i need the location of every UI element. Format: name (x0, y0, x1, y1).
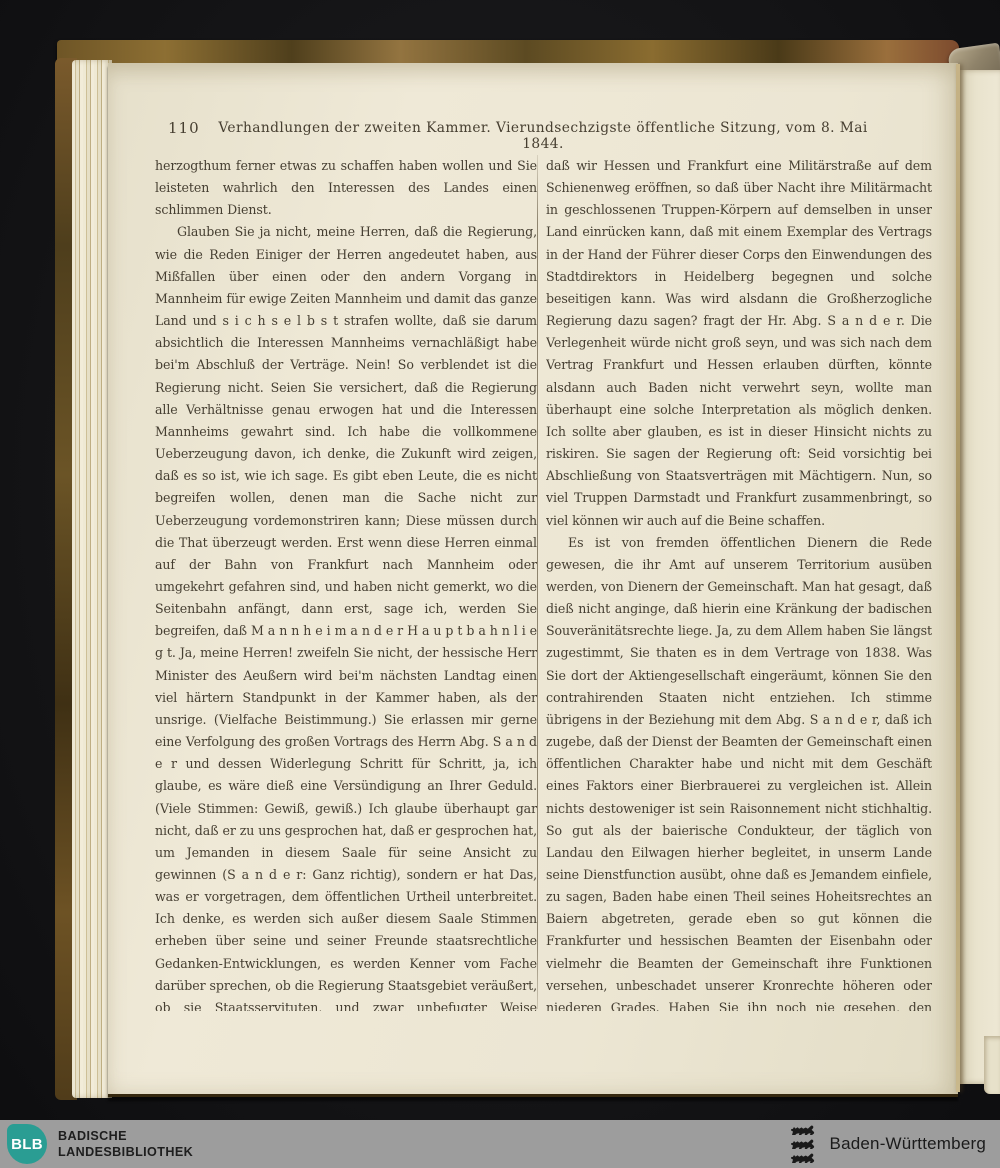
paragraph: Es ist von fremden öffentlichen Dienern … (546, 532, 932, 1011)
page-header: 110 Verhandlungen der zweiten Kammer. Vi… (108, 119, 958, 141)
running-title: Verhandlungen der zweiten Kammer. Vierun… (108, 119, 958, 152)
left-text-column: herzogthum ferner etwas zu schaffen habe… (155, 155, 537, 1011)
right-text-column: daß wir Hessen und Frankfurt eine Militä… (546, 155, 932, 1011)
library-name: BADISCHE LANDESBIBLIOTHEK (58, 1128, 193, 1161)
library-name-line1: BADISCHE (58, 1129, 127, 1143)
state-brand: Baden-Württemberg (788, 1123, 1000, 1165)
state-name: Baden-Württemberg (830, 1134, 986, 1154)
library-brand-bar: BLB BADISCHE LANDESBIBLIOTHEK Baden-Würt… (0, 1120, 1000, 1168)
page-stack-edges (72, 60, 112, 1098)
page-number: 110 (168, 119, 200, 137)
digitized-book-viewer: 110 Verhandlungen der zweiten Kammer. Vi… (0, 0, 1000, 1168)
library-brand: BLB BADISCHE LANDESBIBLIOTHEK (0, 1124, 193, 1164)
facing-page-edge (960, 70, 1000, 1084)
library-name-line2: LANDESBIBLIOTHEK (58, 1145, 193, 1159)
blb-logo-icon: BLB (7, 1124, 47, 1164)
paragraph: herzogthum ferner etwas zu schaffen habe… (155, 155, 537, 221)
column-divider-rule (537, 155, 538, 1009)
page-corner-fragment (984, 1036, 1000, 1094)
paragraph: daß wir Hessen und Frankfurt eine Militä… (546, 155, 932, 532)
three-lions-icon (788, 1123, 818, 1165)
scanned-book-page: 110 Verhandlungen der zweiten Kammer. Vi… (108, 63, 958, 1097)
page-gutter-crease (956, 64, 960, 1092)
paragraph: Glauben Sie ja nicht, meine Herren, daß … (155, 221, 537, 1011)
